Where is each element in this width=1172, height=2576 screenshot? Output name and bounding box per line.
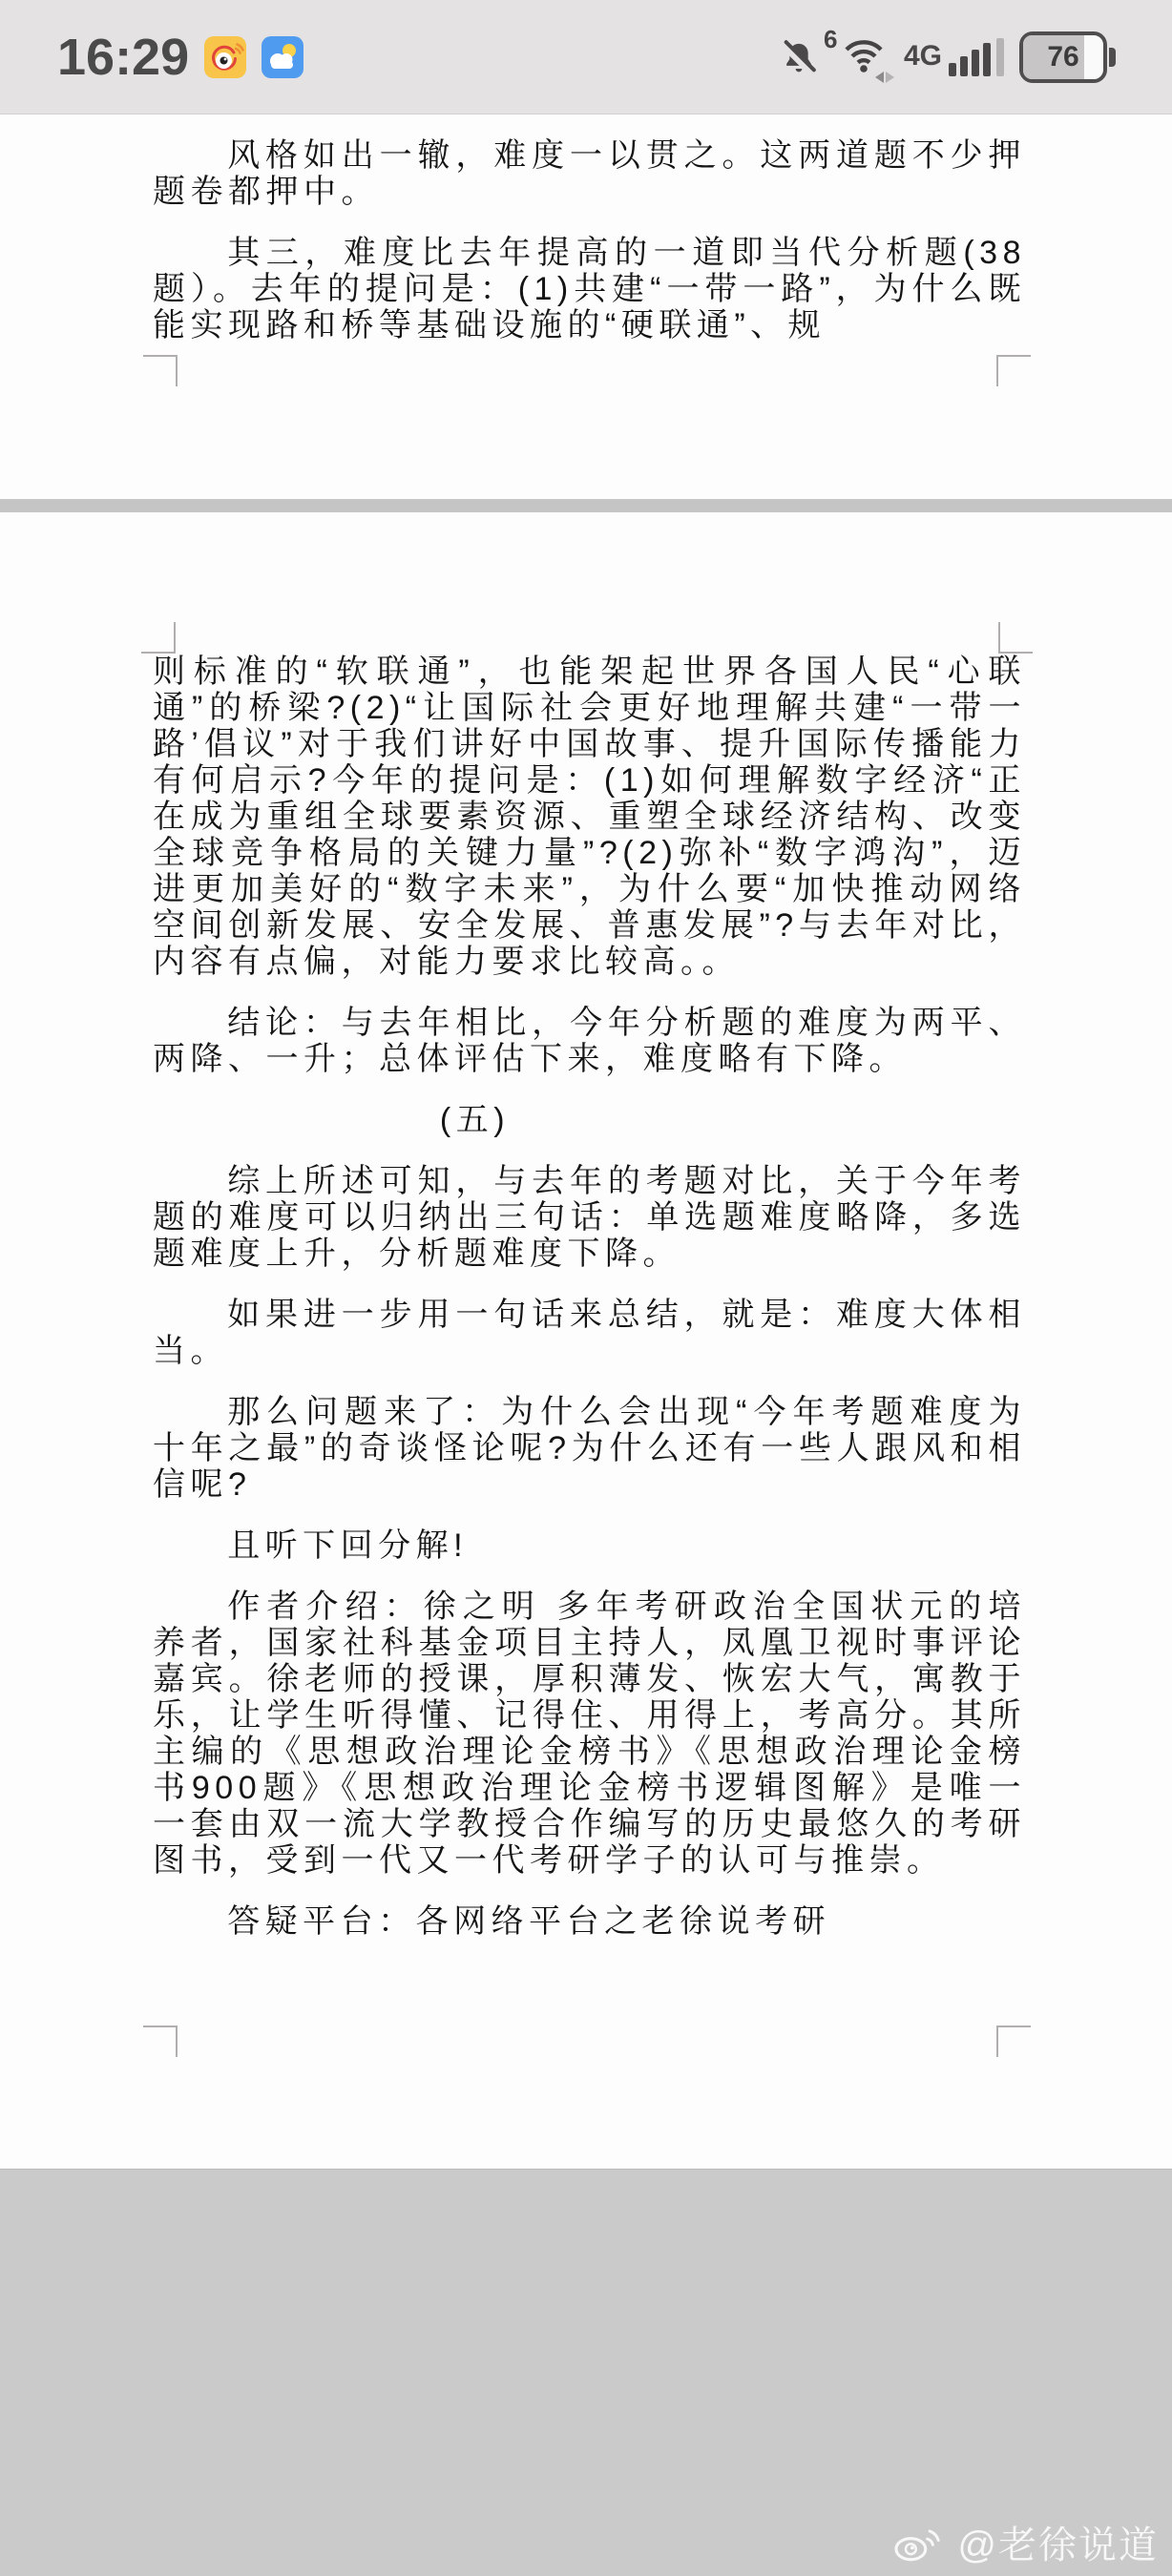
watermark-handle: @老徐说道	[957, 2515, 1159, 2569]
weather-app-icon	[262, 36, 303, 78]
weibo-app-icon	[204, 36, 246, 78]
document-section-heading: (五)	[153, 1102, 1026, 1138]
wifi-generation-label: 6	[824, 25, 837, 54]
document-page-2: 则标准的“软联通”，也能架起世界各国人民“心联通”的桥梁?(2)“让国际社会更好…	[0, 512, 1172, 2169]
page-corner-mark	[143, 355, 178, 386]
status-bar: 16:29	[0, 0, 1172, 114]
page-corner-mark	[998, 622, 1033, 654]
document-paragraph: 答疑平台：各网络平台之老徐说考研	[153, 1903, 1026, 1940]
wifi-traffic-arrows-icon	[875, 72, 894, 83]
page2-text-column: 则标准的“软联通”，也能架起世界各国人民“心联通”的桥梁?(2)“让国际社会更好…	[153, 654, 1026, 1964]
document-paragraph: 综上所述可知，与去年的考题对比，关于今年考题的难度可以归纳出三句话：单选题难度略…	[153, 1163, 1026, 1272]
page1-text-column: 风格如出一辙，难度一以贯之。这两道题不少押题卷都押中。 其三，难度比去年提高的一…	[153, 137, 1026, 368]
document-paragraph: 且听下回分解!	[153, 1527, 1026, 1564]
document-paragraph: 如果进一步用一句话来总结，就是：难度大体相当。	[153, 1297, 1026, 1369]
page-gap-band	[0, 499, 1172, 512]
page-corner-mark	[996, 355, 1031, 386]
phone-screen: 16:29	[0, 0, 1172, 2576]
document-paragraph: 结论：与去年相比，今年分析题的难度为两平、两降、一升；总体评估下来，难度略有下降…	[153, 1005, 1026, 1077]
page-corner-mark	[141, 622, 176, 654]
weibo-logo-icon	[889, 2519, 950, 2566]
watermark: @老徐说道	[889, 2515, 1159, 2569]
status-bar-left: 16:29	[57, 28, 303, 87]
signal-strength-bars	[949, 38, 1004, 76]
document-paragraph: 作者介绍：徐之明 多年考研政治全国状元的培养者，国家社科基金项目主持人，凤凰卫视…	[153, 1589, 1026, 1879]
page-corner-mark	[996, 2025, 1031, 2057]
document-page-1: 风格如出一辙，难度一以贯之。这两道题不少押题卷都押中。 其三，难度比去年提高的一…	[0, 114, 1172, 499]
network-type-label: 4G	[904, 40, 942, 73]
document-paragraph: 那么问题来了：为什么会出现“今年考题难度为十年之最”的奇谈怪论呢?为什么还有一些…	[153, 1394, 1026, 1503]
wifi-icon: 6	[839, 34, 889, 79]
document-paragraph: 其三，难度比去年提高的一道即当代分析题(38题）。去年的提问是：(1)共建“一带…	[153, 235, 1026, 343]
status-bar-right: 6 4G 76	[780, 31, 1117, 83]
battery-icon: 76	[1019, 31, 1107, 83]
battery-cap	[1109, 48, 1116, 67]
bottom-letterbox: @老徐说道	[0, 2169, 1172, 2576]
battery-percent-label: 76	[1023, 35, 1103, 79]
page-corner-mark	[143, 2025, 178, 2057]
bell-muted-icon	[780, 36, 818, 78]
document-paragraph: 则标准的“软联通”，也能架起世界各国人民“心联通”的桥梁?(2)“让国际社会更好…	[153, 654, 1026, 980]
signal-bars-icon: 4G	[904, 38, 1004, 76]
document-paragraph: 风格如出一辙，难度一以贯之。这两道题不少押题卷都押中。	[153, 137, 1026, 210]
clock-text: 16:29	[57, 28, 189, 87]
